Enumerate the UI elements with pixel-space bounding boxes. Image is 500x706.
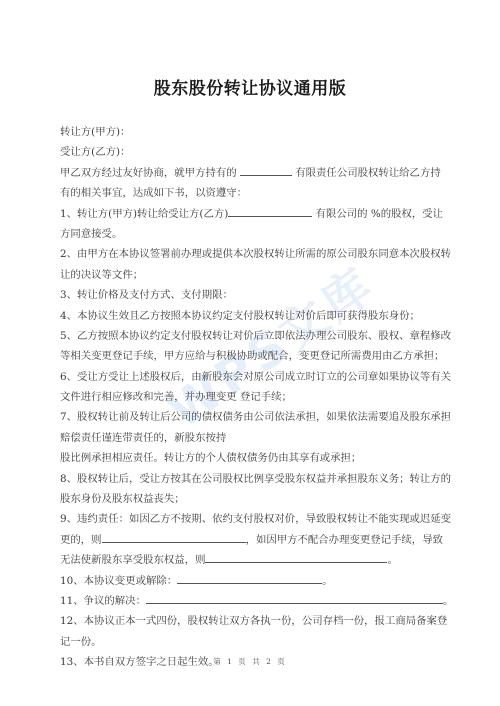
document-line: 3、转让价格及支付方式、支付期限： bbox=[60, 285, 440, 305]
line-text-before: 10、本协议变更或解除： bbox=[60, 575, 177, 587]
document-line: 4、本协议生效且乙方按照本协议约定支付股权转让对价后即可获得股东身份； bbox=[60, 306, 440, 326]
fill-in-blank bbox=[102, 532, 246, 543]
document-line: 记一份。 bbox=[60, 632, 440, 652]
fill-in-blank bbox=[146, 593, 443, 604]
document-line: 等相关变更登记手续，甲方应给与积极协助或配合，变更登记所需费用由乙方承担； bbox=[60, 346, 440, 366]
document-line: 6、受让方受让上述股权后，由新股东会对原公司成立时订立的公司章如果协议等有关 bbox=[60, 367, 440, 387]
line-text: 4、本协议生效且乙方按照本协议约定支付股权转让对价后即可获得股东身份； bbox=[60, 310, 420, 322]
line-text: 文件进行相应修改和完善，并办理变更 登记手续； bbox=[60, 391, 292, 403]
line-text: 3、转让价格及支付方式、支付期限： bbox=[60, 289, 233, 301]
document-line: 甲乙双方经过友好协商，就甲方持有的 有限责任公司股权转让给乙方持 bbox=[60, 163, 440, 183]
document-line: 赔偿责任谨连带责任的，新股东按持 bbox=[60, 428, 440, 448]
line-text-before: 甲乙双方经过友好协商，就甲方持有的 bbox=[60, 167, 240, 179]
document-line: 股东身份及股东权益丧失； bbox=[60, 489, 440, 509]
document-line: 11、争议的解决：。 bbox=[60, 591, 440, 611]
document-line: 9、违约责任：如因乙方不按期、依约支付股权对价，导致股权转让不能实现或迟延变 bbox=[60, 509, 440, 529]
document-line: 8、股权转让后，受让方按其在公司股权比例享受股东权益并承担股东义务；转让方的 bbox=[60, 469, 440, 489]
document-line: 7、股权转让前及转让后公司的债权债务由公司依法承担，如果依法需要追及股东承担 bbox=[60, 407, 440, 427]
document-line: 更的，则，如因甲方不配合办理变更登记手续，导致 bbox=[60, 530, 440, 550]
line-text: 让的决议等文件； bbox=[60, 269, 143, 281]
document-line: 让的决议等文件； bbox=[60, 265, 440, 285]
document-line: 无法使新股东享受股东权益，则。 bbox=[60, 550, 440, 570]
line-text: 转让方(甲方)： bbox=[60, 126, 130, 138]
fill-in-blank bbox=[177, 573, 322, 584]
line-text-before: 1、转让方(甲方)转让给受让方(乙方) bbox=[60, 208, 228, 220]
document-line: 2、由甲方在本协议签署前办理或提供本次股权转让所需的原公司股东同意本次股权转 bbox=[60, 244, 440, 264]
line-text: 等相关变更登记手续，甲方应给与积极协助或配合，变更登记所需费用由乙方承担； bbox=[60, 350, 444, 362]
document-line: 股比例承担相应责任。转让方的个人债权债务仍由其享有或承担； bbox=[60, 448, 440, 468]
line-text-after: 。 bbox=[322, 575, 332, 587]
line-text: 8、股权转让后，受让方按其在公司股权比例享受股东权益并承担股东义务；转让方的 bbox=[60, 473, 451, 485]
document-line: 转让方(甲方)： bbox=[60, 122, 440, 142]
line-text-after: 有限责任公司股权转让给乙方持 bbox=[292, 167, 441, 179]
document-line: 1、转让方(甲方)转让给受让方(乙方) 有限公司的 %的股权，受让 bbox=[60, 204, 440, 224]
document-line: 受让方(乙方)： bbox=[60, 142, 440, 162]
line-text-after: 。 bbox=[387, 554, 397, 566]
line-text: 2、由甲方在本协议签署前办理或提供本次股权转让所需的原公司股东同意本次股权转 bbox=[60, 248, 451, 260]
line-text: 9、违约责任：如因乙方不按期、依约支付股权对价，导致股权转让不能实现或迟延变 bbox=[60, 513, 451, 525]
page-footer: 第 1 页 共 2 页 bbox=[0, 656, 500, 667]
line-text: 7、股权转让前及转让后公司的债权债务由公司依法承担，如果依法需要追及股东承担 bbox=[60, 411, 451, 423]
line-text-after: ，如因甲方不配合办理变更登记手续，导致 bbox=[246, 534, 443, 546]
line-text-before: 更的，则 bbox=[60, 534, 102, 546]
line-text: 5、乙方按照本协议约定支付股权转让对价后立即依法办理公司股东、股权、章程修改 bbox=[60, 330, 451, 342]
line-text: 受让方(乙方)： bbox=[60, 146, 130, 158]
line-text: 6、受让方受让上述股权后，由新股东会对原公司成立时订立的公司章如果协议等有关 bbox=[60, 371, 451, 383]
document-body: 转让方(甲方)：受让方(乙方)：甲乙双方经过友好协商，就甲方持有的 有限责任公司… bbox=[60, 122, 440, 673]
document-line: 文件进行相应修改和完善，并办理变更 登记手续； bbox=[60, 387, 440, 407]
document-line: 12、本协议正本一式四份，股权转让双方各执一份，公司存档一份，报工商局备案登 bbox=[60, 611, 440, 631]
document-line: 5、乙方按照本协议约定支付股权转让对价后立即依法办理公司股东、股权、章程修改 bbox=[60, 326, 440, 346]
fill-in-blank bbox=[240, 165, 292, 176]
line-text: 赔偿责任谨连带责任的，新股东按持 bbox=[60, 432, 226, 444]
line-text: 股东身份及股东权益丧失； bbox=[60, 493, 185, 505]
line-text-after: 有限公司的 %的股权，受让 bbox=[312, 208, 443, 220]
line-text: 有的相关事宜，达成如下书，以资遵守： bbox=[60, 187, 247, 199]
fill-in-blank bbox=[228, 206, 312, 217]
line-text-before: 无法使新股东享受股东权益，则 bbox=[60, 554, 205, 566]
fill-in-blank bbox=[205, 552, 387, 563]
line-text: 记一份。 bbox=[60, 636, 102, 648]
line-text: 股比例承担相应责任。转让方的个人债权债务仍由其享有或承担； bbox=[60, 452, 361, 464]
document-title: 股东股份转让协议通用版 bbox=[0, 74, 500, 99]
line-text-after: 。 bbox=[443, 595, 453, 607]
document-line: 10、本协议变更或解除：。 bbox=[60, 571, 440, 591]
line-text: 方同意接受。 bbox=[60, 228, 122, 240]
document-line: 有的相关事宜，达成如下书，以资遵守： bbox=[60, 183, 440, 203]
line-text: 12、本协议正本一式四份，股权转让双方各执一份，公司存档一份，报工商局备案登 bbox=[60, 615, 447, 627]
line-text-before: 11、争议的解决： bbox=[60, 595, 146, 607]
document-line: 方同意接受。 bbox=[60, 224, 440, 244]
